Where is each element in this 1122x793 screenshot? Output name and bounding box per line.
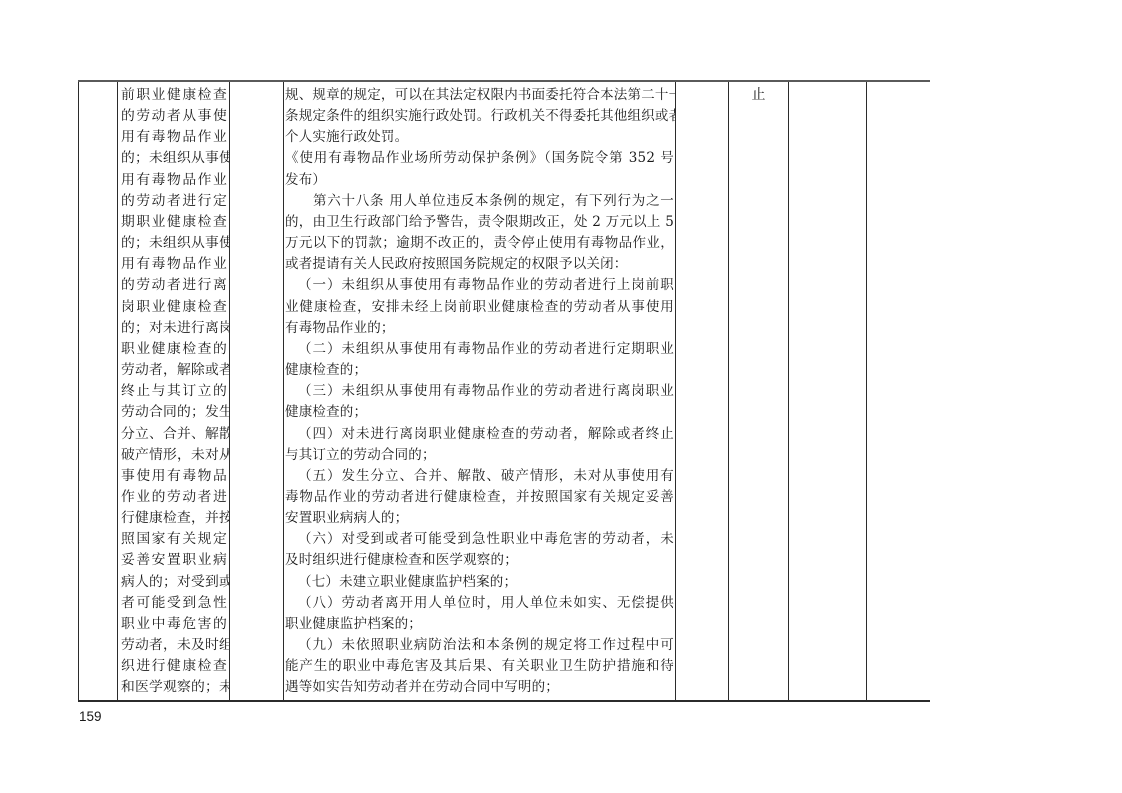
page-number: 159: [79, 709, 102, 724]
text-line: 的劳动者从事使: [121, 106, 227, 127]
text-line: 职业健康监护档案的；: [285, 614, 674, 635]
text-line: 的；未组织从事使: [121, 233, 227, 254]
text-line: 行健康检查，并按: [121, 508, 227, 529]
text-line: 安置职业病病人的；: [285, 508, 674, 529]
text-line: 和医学观察的；未: [121, 677, 227, 698]
text-line: 劳动者，解除或者: [121, 360, 227, 381]
text-line: 第六十八条 用人单位违反本条例的规定，有下列行为之一: [285, 191, 674, 212]
text-line: 个人实施行政处罚。: [285, 127, 674, 148]
text-line: 的劳动者进行离: [121, 275, 227, 296]
legal-basis-text-block: 规、规章的规定，可以在其法定权限内书面委托符合本法第二十一条规定条件的组织实施行…: [285, 85, 674, 699]
text-line: 的；对未进行离岗: [121, 318, 227, 339]
text-line: 《使用有毒物品作业场所劳动保护条例》（国务院令第 352 号: [285, 148, 674, 169]
text-line: 事使用有毒物品: [121, 466, 227, 487]
text-line: 职业中毒危害的: [121, 614, 227, 635]
text-line: 破产情形，未对从: [121, 445, 227, 466]
text-line: 业健康检查，安排未经上岗前职业健康检查的劳动者从事使用: [285, 297, 674, 318]
text-line: （一）未组织从事使用有毒物品作业的劳动者进行上岗前职: [285, 275, 674, 296]
text-line: 健康检查的；: [285, 402, 674, 423]
text-line: 作业的劳动者进: [121, 487, 227, 508]
text-line: 照国家有关规定: [121, 529, 227, 550]
text-line: 的，由卫生行政部门给予警告，责令限期改正，处 2 万元以上 5: [285, 212, 674, 233]
text-line: （六）对受到或者可能受到急性职业中毒危害的劳动者，未: [285, 529, 674, 550]
text-line: 终止与其订立的: [121, 381, 227, 402]
text-line: 规、规章的规定，可以在其法定权限内书面委托符合本法第二十一: [285, 85, 674, 106]
text-line: 织进行健康检查: [121, 656, 227, 677]
table-cell-empty-gap-3: [789, 82, 867, 700]
text-line: 期职业健康检查: [121, 212, 227, 233]
table-cell-legal-basis: 规、规章的规定，可以在其法定权限内书面委托符合本法第二十一条规定条件的组织实施行…: [284, 82, 676, 700]
text-line: 岗职业健康检查: [121, 297, 227, 318]
text-line: （二）未组织从事使用有毒物品作业的劳动者进行定期职业: [285, 339, 674, 360]
text-line: 前职业健康检查: [121, 85, 227, 106]
text-line: （八）劳动者离开用人单位时，用人单位未如实、无偿提供: [285, 593, 674, 614]
text-line: 用有毒物品作业: [121, 127, 227, 148]
text-line: 的；未组织从事使: [121, 148, 227, 169]
text-line: 毒物品作业的劳动者进行健康检查，并按照国家有关规定妥善: [285, 487, 674, 508]
text-line: 条规定条件的组织实施行政处罚。行政机关不得委托其他组织或者: [285, 106, 674, 127]
text-line: （五）发生分立、合并、解散、破产情形，未对从事使用有: [285, 466, 674, 487]
text-line: 能产生的职业中毒危害及其后果、有关职业卫生防护措施和待: [285, 656, 674, 677]
measure-text: 止: [729, 85, 788, 106]
text-line: 用有毒物品作业: [121, 170, 227, 191]
table-cell-violation-items: 前职业健康检查的劳动者从事使用有毒物品作业的；未组织从事使用有毒物品作业的劳动者…: [118, 82, 230, 700]
text-line: 的劳动者进行定: [121, 191, 227, 212]
violation-text-block: 前职业健康检查的劳动者从事使用有毒物品作业的；未组织从事使用有毒物品作业的劳动者…: [121, 85, 227, 699]
text-line: 健康检查的；: [285, 360, 674, 381]
text-line: 与其订立的劳动合同的；: [285, 445, 674, 466]
table-cell-empty-gap-1: [230, 82, 284, 700]
document-page: 前职业健康检查的劳动者从事使用有毒物品作业的；未组织从事使用有毒物品作业的劳动者…: [0, 0, 1122, 793]
regulation-table: 前职业健康检查的劳动者从事使用有毒物品作业的；未组织从事使用有毒物品作业的劳动者…: [78, 80, 930, 702]
text-line: 发布）: [285, 170, 674, 191]
table-cell-measure: 止: [729, 82, 789, 700]
table-cell-empty-right: [867, 82, 930, 700]
text-line: 职业健康检查的: [121, 339, 227, 360]
text-line: 或者提请有关人民政府按照国务院规定的权限予以关闭：: [285, 254, 674, 275]
text-line: 万元以下的罚款；逾期不改正的，责令停止使用有毒物品作业，: [285, 233, 674, 254]
text-line: （四）对未进行离岗职业健康检查的劳动者，解除或者终止: [285, 424, 674, 445]
text-line: 劳动合同的；发生: [121, 402, 227, 423]
text-line: （七）未建立职业健康监护档案的；: [285, 572, 674, 593]
text-line: 及时组织进行健康检查和医学观察的；: [285, 550, 674, 571]
text-line: 有毒物品作业的；: [285, 318, 674, 339]
text-line: （三）未组织从事使用有毒物品作业的劳动者进行离岗职业: [285, 381, 674, 402]
text-line: 劳动者，未及时组: [121, 635, 227, 656]
text-line: 者可能受到急性: [121, 593, 227, 614]
text-line: 用有毒物品作业: [121, 254, 227, 275]
text-line: 分立、合并、解散、: [121, 424, 227, 445]
table-cell-empty-gap-2: [676, 82, 729, 700]
text-line: 妥善安置职业病: [121, 550, 227, 571]
table-cell-empty-left: [78, 82, 118, 700]
text-line: 遇等如实告知劳动者并在劳动合同中写明的；: [285, 677, 674, 698]
text-line: （九）未依照职业病防治法和本条例的规定将工作过程中可: [285, 635, 674, 656]
text-line: 病人的；对受到或: [121, 572, 227, 593]
